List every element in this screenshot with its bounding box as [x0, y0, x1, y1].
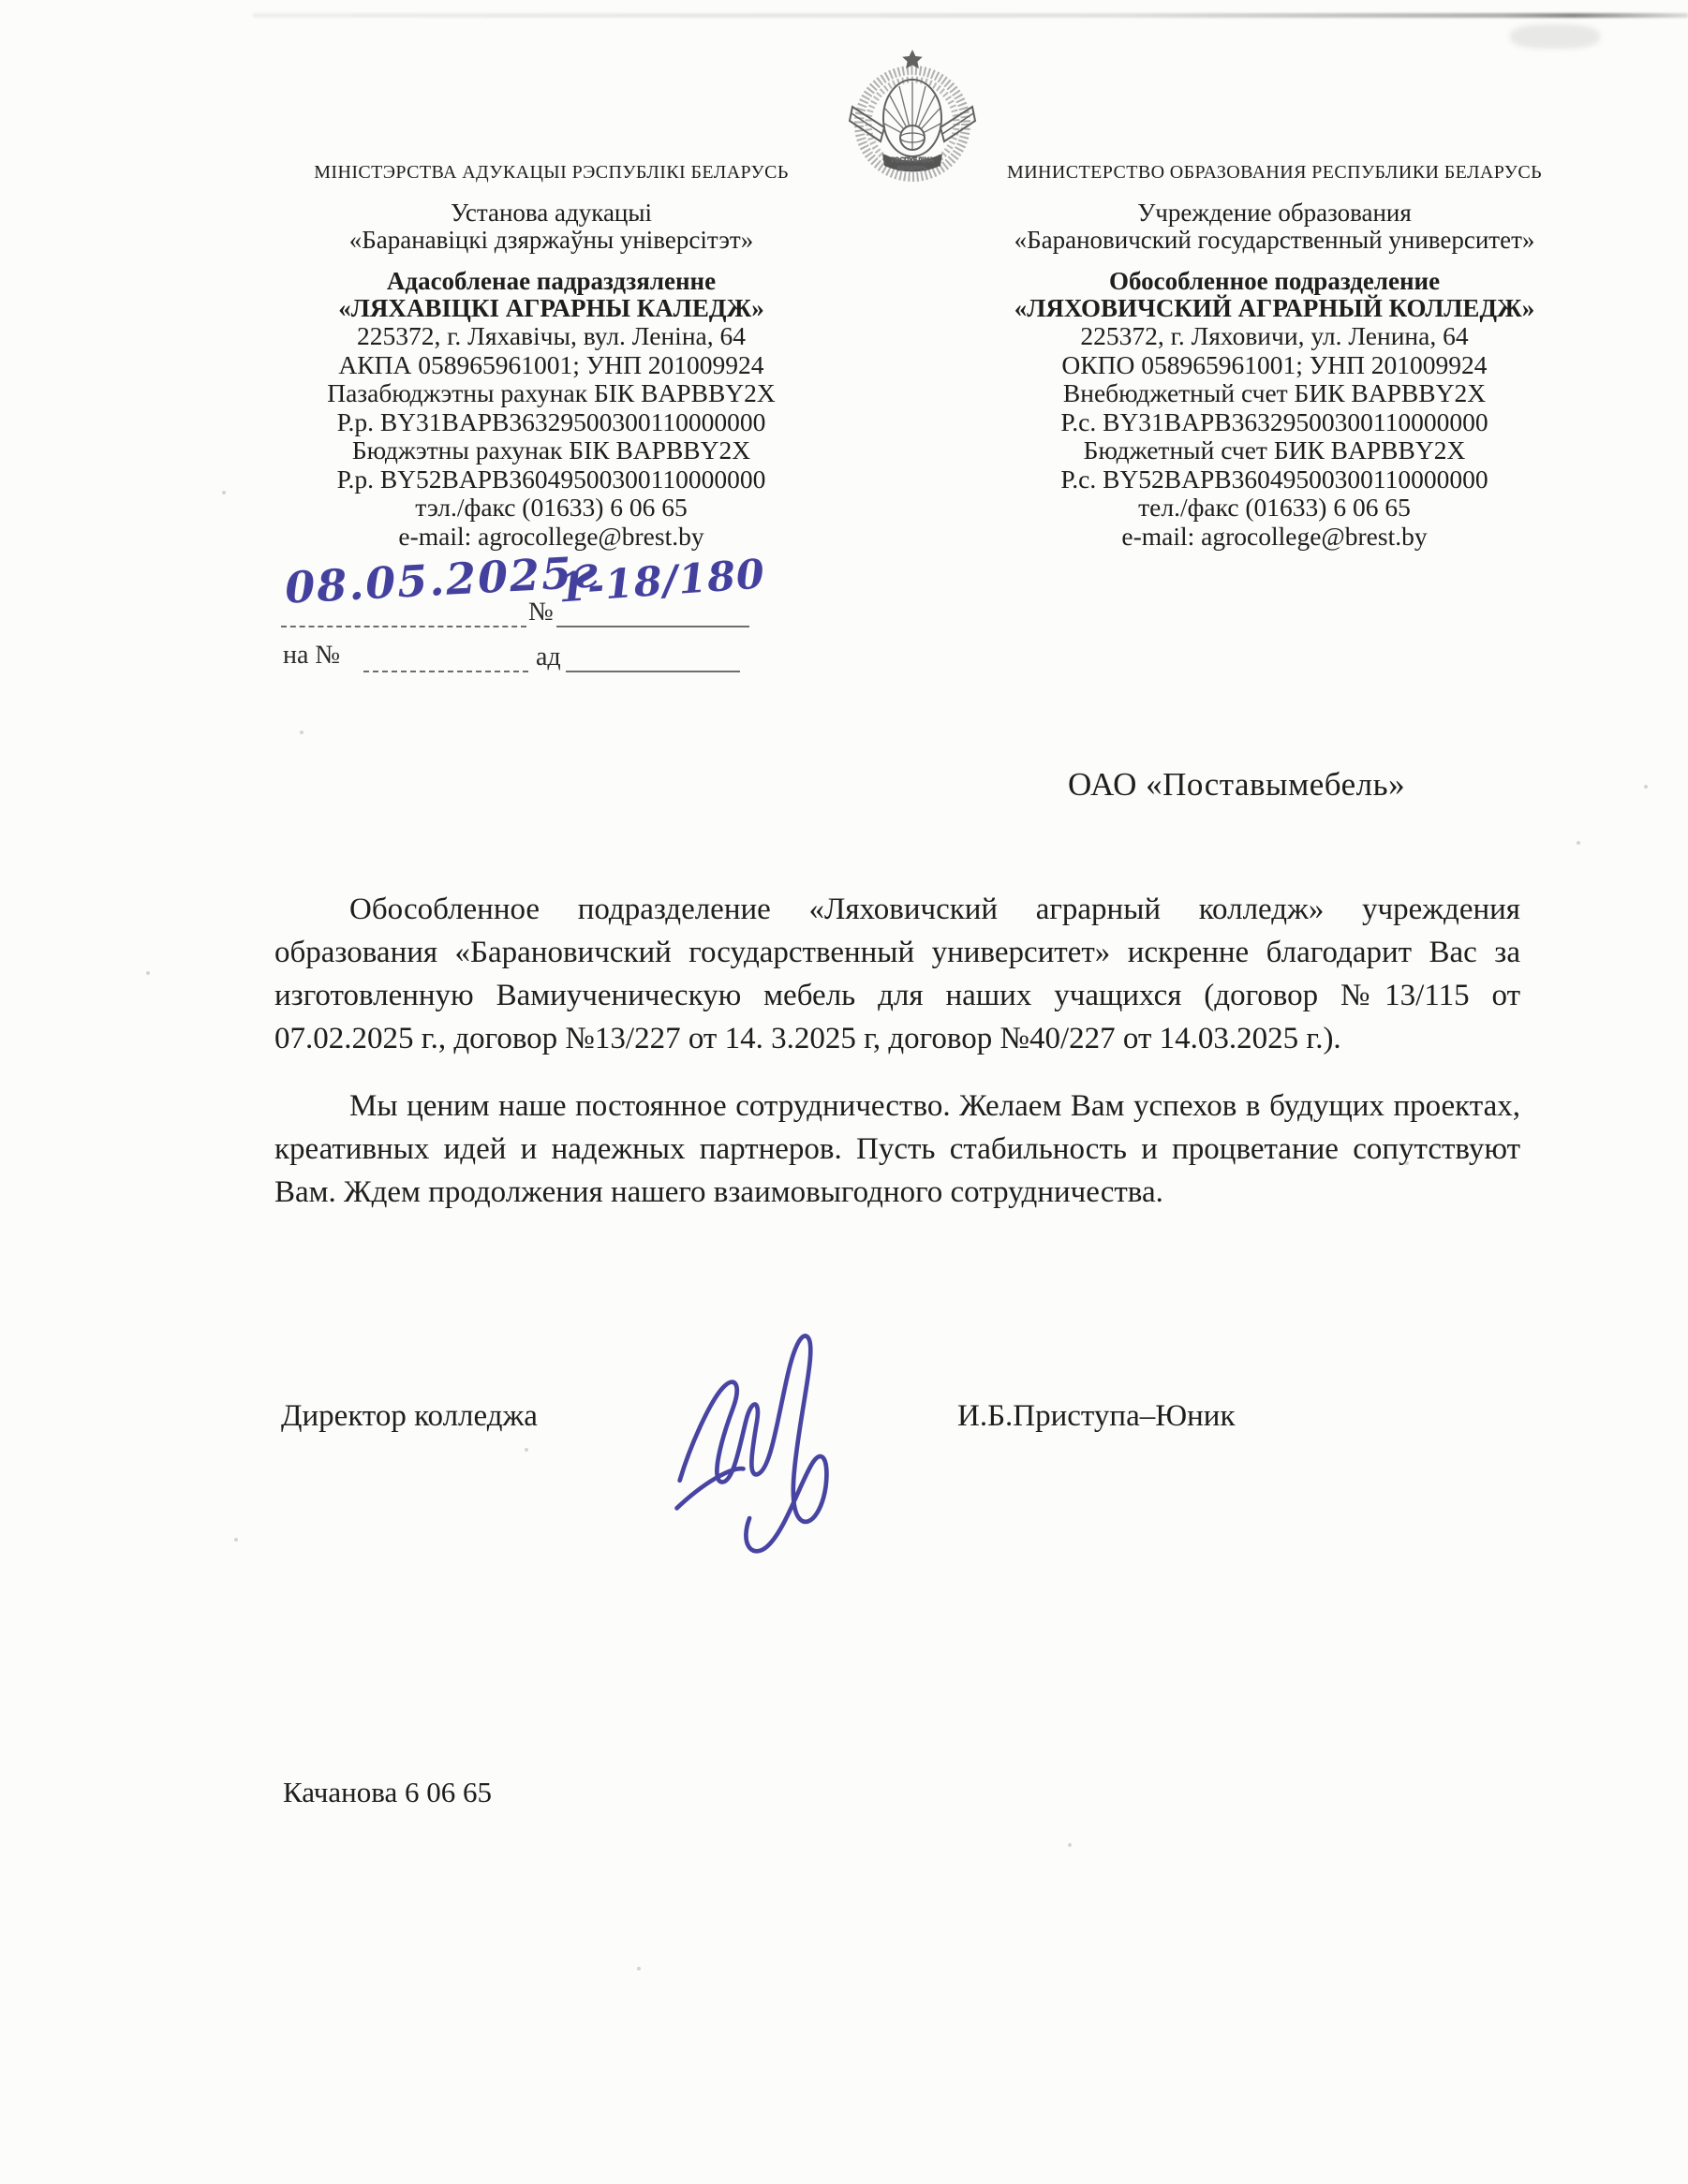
signer-name: И.Б.Приступа–Юник: [957, 1399, 1235, 1434]
email-line: e-mail: agrocollege@brest.by: [963, 523, 1586, 552]
account-number-line: Р.р. BY52BAPB36049500300110000000: [240, 465, 863, 494]
svg-text:БЕЛАРУСЬ: БЕЛАРУСЬ: [897, 166, 927, 172]
body-paragraph-1: Обособленное подразделение «Ляховичский …: [274, 888, 1520, 1060]
reply-number-underline: [363, 671, 528, 672]
account-number-line: Р.с. BY31BAPB36329500300110000000: [963, 408, 1586, 437]
belarus-coat-of-arms-icon: РЭСПУБЛІКА БЕЛАРУСЬ: [846, 47, 979, 185]
number-sign-label: №: [528, 598, 554, 627]
account-label-line: Бюджэтны рахунак БІК BAPBBY2X: [240, 436, 863, 465]
registry-codes-line: АКПА 058965961001; УНП 201009924: [240, 351, 863, 380]
scan-artifact-line: [253, 13, 1688, 18]
account-label-line: Бюджетный счет БИК BAPBBY2X: [963, 436, 1586, 465]
phone-fax-line: тел./факс (01633) 6 06 65: [963, 494, 1586, 523]
number-underline: [556, 626, 749, 627]
letterhead-belarusian: МІНІСТЭРСТВА АДУКАЦЫІ РЭСПУБЛІКІ БЕЛАРУС…: [240, 161, 863, 551]
account-label-line: Внебюджетный счет БИК BAPBBY2X: [963, 379, 1586, 408]
address-line: 225372, г. Ляхавічы, вул. Леніна, 64: [240, 322, 863, 351]
contact-details-by: 225372, г. Ляхавічы, вул. Леніна, 64 АКП…: [240, 322, 863, 551]
org-name-by: Установа адукацыі «Баранавіцкі дзяржаўны…: [240, 199, 863, 254]
phone-fax-line: тэл./факс (01633) 6 06 65: [240, 494, 863, 523]
reply-date-label: ад: [536, 642, 561, 672]
ministry-line-by: МІНІСТЭРСТВА АДУКАЦЫІ РЭСПУБЛІКІ БЕЛАРУС…: [240, 161, 863, 184]
address-line: 225372, г. Ляховичи, ул. Ленина, 64: [963, 322, 1586, 351]
recipient-name: ОАО «Поставымебель»: [1068, 766, 1405, 804]
account-label-line: Пазабюджэтны рахунак БІК BAPBBY2X: [240, 379, 863, 408]
account-number-line: Р.р. BY31BAPB36329500300110000000: [240, 408, 863, 437]
registry-codes-line: ОКПО 058965961001; УНП 201009924: [963, 351, 1586, 380]
executor-phone-line: Качанова 6 06 65: [283, 1776, 492, 1809]
handwritten-signature: [644, 1328, 865, 1562]
letterhead-russian: МИНИСТЕРСТВО ОБРАЗОВАНИЯ РЕСПУБЛИКИ БЕЛА…: [963, 161, 1586, 551]
body-paragraph-2: Мы ценим наше постоянное сотрудничество.…: [274, 1085, 1520, 1214]
scan-artifact-smudge: [1510, 24, 1600, 49]
signer-position: Директор колледжа: [281, 1399, 538, 1434]
reply-date-underline: [566, 671, 740, 672]
letter-body: Обособленное подразделение «Ляховичский …: [274, 888, 1520, 1214]
org-name-ru: Учреждение образования «Барановичский го…: [963, 199, 1586, 254]
contact-details-ru: 225372, г. Ляховичи, ул. Ленина, 64 ОКПО…: [963, 322, 1586, 551]
division-name-by: Адасобленае падраздзяленне «ЛЯХАВІЦКІ АГ…: [240, 268, 863, 322]
scanned-letter-page: РЭСПУБЛІКА БЕЛАРУСЬ МІНІСТЭРСТВА АДУКАЦЫ…: [0, 0, 1688, 2184]
svg-text:РЭСПУБЛІКА: РЭСПУБЛІКА: [891, 156, 934, 164]
ministry-line-ru: МИНИСТЕРСТВО ОБРАЗОВАНИЯ РЕСПУБЛИКИ БЕЛА…: [963, 161, 1586, 184]
email-line: e-mail: agrocollege@brest.by: [240, 523, 863, 552]
date-underline: [281, 626, 526, 627]
account-number-line: Р.с. BY52BAPB36049500300110000000: [963, 465, 1586, 494]
reply-to-number-label: на №: [283, 641, 340, 671]
division-name-ru: Обособленное подразделение «ЛЯХОВИЧСКИЙ …: [963, 268, 1586, 322]
